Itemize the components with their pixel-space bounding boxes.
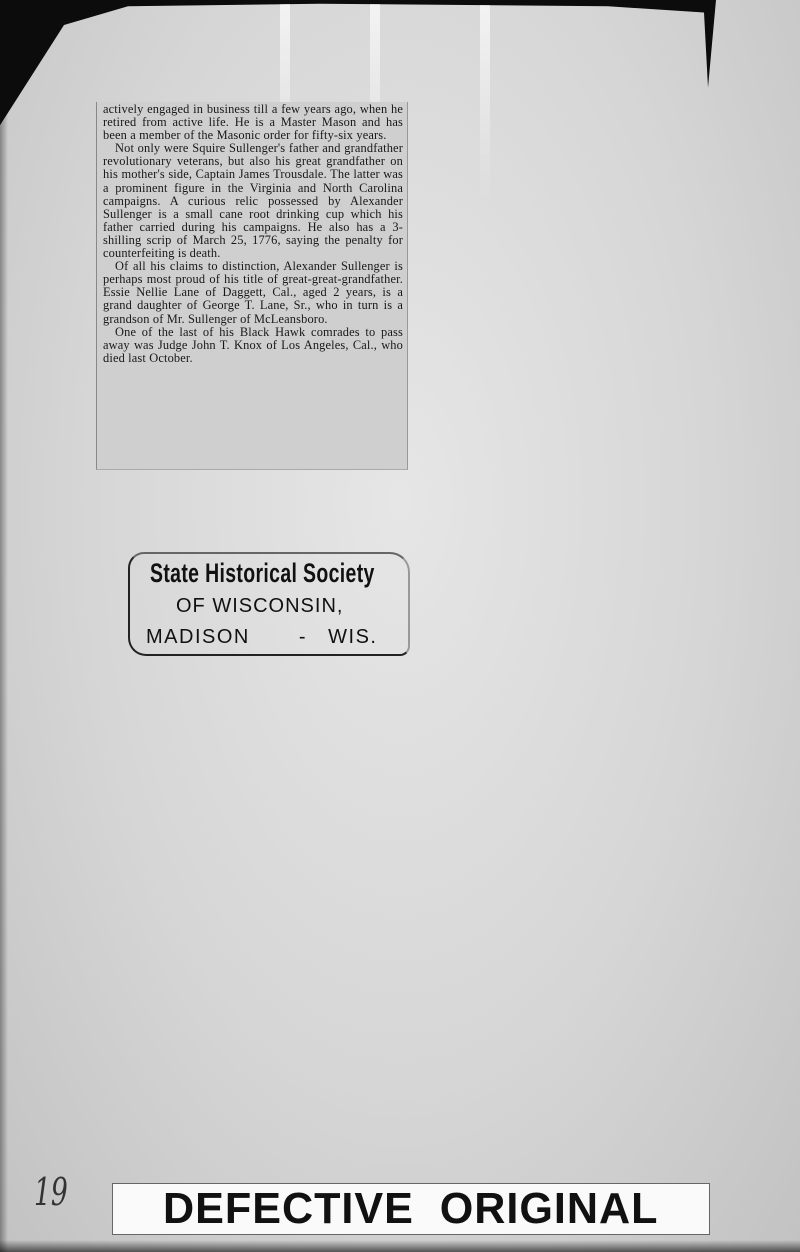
banner-text: DEFECTIVE ORIGINAL	[163, 1184, 658, 1234]
clipping-paragraph-1: actively engaged in business till a few …	[103, 103, 403, 142]
stamp-city: MADISON - WIS.	[146, 626, 406, 649]
stamp-state-abbr: WIS.	[328, 626, 377, 648]
stamp-state: OF WISCONSIN,	[176, 595, 343, 618]
defective-original-banner: DEFECTIVE ORIGINAL	[112, 1183, 710, 1235]
newspaper-clipping: actively engaged in business till a few …	[96, 102, 408, 470]
clipping-paragraph-2: Not only were Squire Sullenger's father …	[103, 142, 403, 260]
scan-streak	[480, 0, 490, 200]
clipping-paragraph-3: Of all his claims to distinction, Alexan…	[103, 260, 403, 325]
stamp-city-name: MADISON	[146, 626, 250, 648]
edge-shadow	[0, 60, 8, 1252]
library-stamp: State Historical Society OF WISCONSIN, M…	[128, 552, 410, 656]
stamp-separator: -	[299, 626, 307, 648]
clipping-paragraph-4: One of the last of his Black Hawk comrad…	[103, 326, 403, 365]
archival-sheet: actively engaged in business till a few …	[0, 0, 800, 1252]
handwritten-page-number: 19	[34, 1170, 68, 1214]
stamp-society-name: State Historical Society	[150, 558, 409, 589]
edge-shadow	[0, 1240, 800, 1252]
